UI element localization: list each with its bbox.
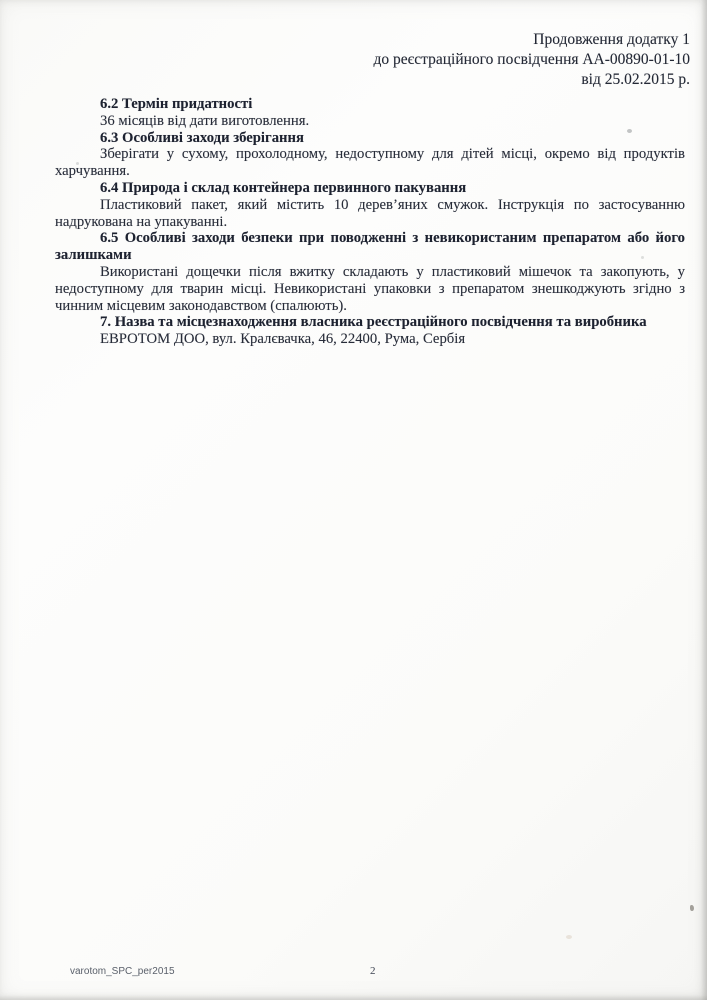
document-header: Продовження додатку 1 до реєстраційного … xyxy=(373,30,690,90)
paragraph-shelf-life: 36 місяців від дати виготовлення. xyxy=(55,113,685,130)
scan-speck xyxy=(690,905,694,911)
scan-speck xyxy=(627,129,632,133)
section-heading-6-5-safety: 6.5 Особливі заходи безпеки при поводжен… xyxy=(55,230,685,264)
scan-speck xyxy=(641,256,644,259)
footer-document-id: varotom_SPC_per2015 xyxy=(70,966,175,977)
paragraph-owner-address: ЕВРОТОМ ДОО, вул. Кралєвачка, 46, 22400,… xyxy=(55,331,685,348)
paragraph-safety-disposal: Використані дощечки після вжитку складаю… xyxy=(55,264,685,314)
section-heading-6-4-container: 6.4 Природа і склад контейнера первинног… xyxy=(55,180,685,197)
scan-speck xyxy=(566,935,572,939)
header-certificate-number-line: до реєстраційного посвідчення АА-00890-0… xyxy=(373,50,690,70)
paragraph-container: Пластиковий пакет, який містить 10 дерев… xyxy=(55,197,685,231)
header-date-line: від 25.02.2015 р. xyxy=(373,70,690,90)
footer-page-number: 2 xyxy=(370,965,376,977)
section-heading-6-3-storage: 6.3 Особливі заходи зберігання xyxy=(55,130,685,147)
section-heading-7-owner: 7. Назва та місцезнаходження власника ре… xyxy=(55,314,685,331)
scanned-document-page: Продовження додатку 1 до реєстраційного … xyxy=(0,0,707,1000)
document-body: 6.2 Термін придатності 36 місяців від да… xyxy=(55,96,685,348)
paragraph-storage: Зберігати у сухому, прохолодному, недост… xyxy=(55,146,685,180)
scan-edge-shadow-right xyxy=(701,0,707,1000)
section-heading-6-2-shelf-life: 6.2 Термін придатності xyxy=(55,96,685,113)
scan-edge-shadow-bottom xyxy=(0,995,707,1000)
scan-speck xyxy=(76,162,79,165)
header-continuation-line: Продовження додатку 1 xyxy=(373,30,690,50)
